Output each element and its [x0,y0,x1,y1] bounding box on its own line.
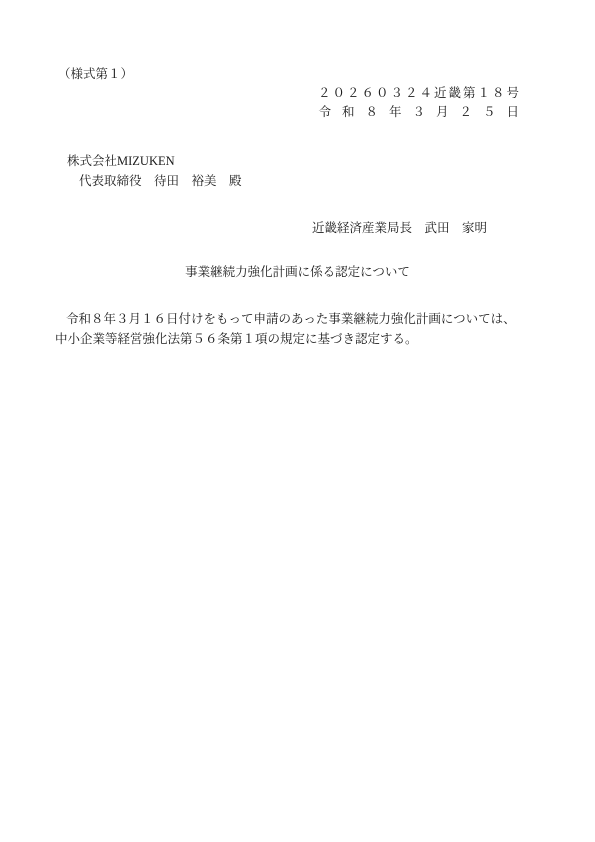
document-date: 令和８年３月２５日 [318,105,530,119]
form-label: （様式第１） [58,67,133,81]
recipient-company-name: 株式会社MIZUKEN [67,154,175,168]
sender-name: 近畿経済産業局長 武田 家明 [312,221,487,235]
document-page: （様式第１） ２０２６０３２４近畿第１８号 令和８年３月２５日 株式会社MIZU… [0,0,595,842]
document-number: ２０２６０３２４近畿第１８号 [318,86,521,100]
recipient-representative: 代表取締役 待田 裕美 殿 [79,174,242,188]
body-paragraph-line-1: 令和８年３月１６日付けをもって申請のあった事業継続力強化計画については、 [66,312,516,326]
document-title: 事業継続力強化計画に係る認定について [0,265,595,279]
body-paragraph-line-2: 中小企業等経営強化法第５６条第１項の規定に基づき認定する。 [55,332,418,346]
